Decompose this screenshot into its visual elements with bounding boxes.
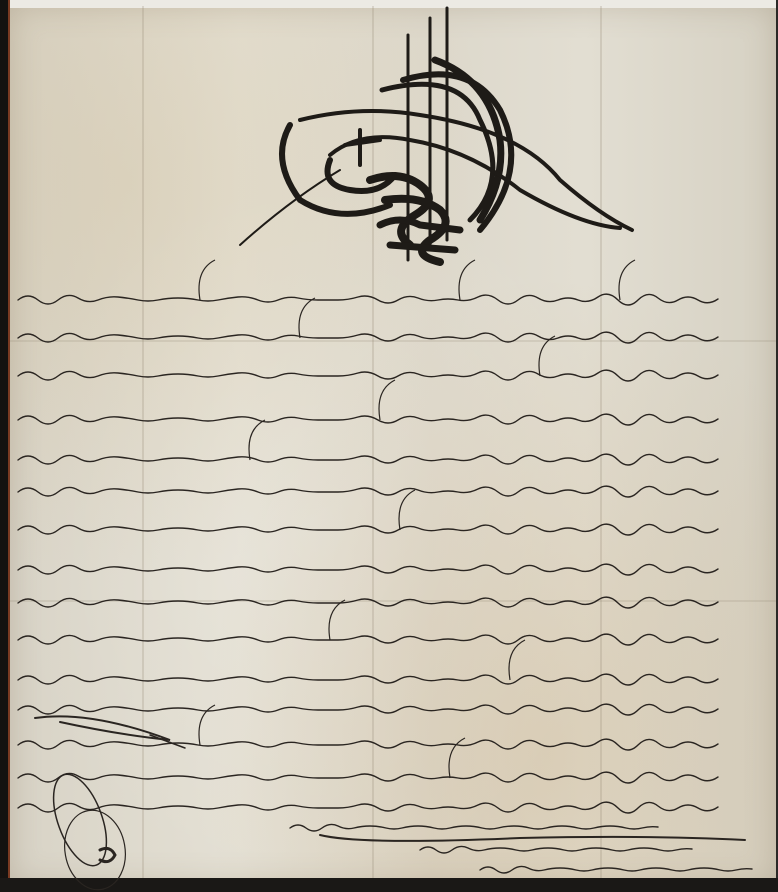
signature-seal-marks <box>0 0 778 892</box>
